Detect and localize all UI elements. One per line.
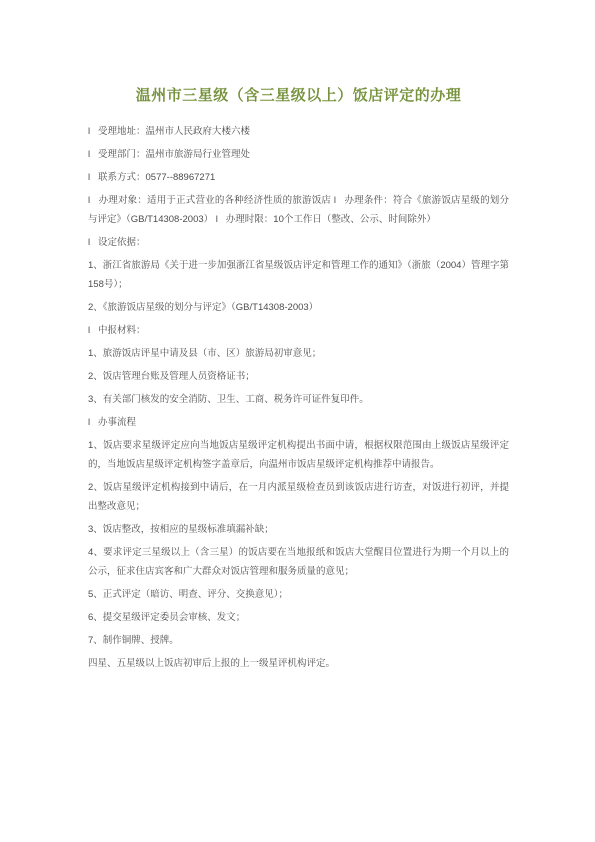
document-paragraph: 3、饭店整改，按相应的星级标准填漏补缺； [88,520,509,539]
document-paragraph: l 中报材料： [88,321,509,340]
document-paragraph: 7、制作铜牌、授牌。 [88,631,509,650]
document-paragraph: 2、饭店管理台账及管理人员资格证书； [88,367,509,386]
document-paragraph: 2、《旅游饭店星级的划分与评定》（GB/T14308-2003） [88,298,509,317]
document-paragraph: 1、饭店要求星级评定应向当地饭店星级评定机构提出书面中请，根据权限范围由上级饭店… [88,436,509,474]
document-paragraph: 1、旅游饭店评星中请及县（市、区）旅游局初审意见； [88,344,509,363]
document-title: 温州市三星级（含三星级以上）饭店评定的办理 [88,84,509,105]
document-paragraph: 6、提交星级评定委员会审核、发文； [88,608,509,627]
document-paragraph: 四星、五星级以上饭店初审后上报的上一级星评机构评定。 [88,654,509,673]
document-paragraph: l 办理对象：适用于正式营业的各种经济性质的旅游饭店 l 办理条件：符合《旅游饭… [88,191,509,229]
document-paragraph: l 受理地址：温州市人民政府大楼六楼 [88,122,509,141]
document-page: 温州市三星级（含三星级以上）饭店评定的办理 l 受理地址：温州市人民政府大楼六楼… [0,0,595,842]
document-paragraph: l 联系方式：0577--88967271 [88,168,509,187]
document-paragraph: l 设定依据： [88,233,509,252]
document-paragraph: 5、正式评定（暗访、明查、评分、交换意见）； [88,585,509,604]
document-paragraph: 3、有关部门核发的安全消防、卫生、工商、税务许可证件复印件。 [88,390,509,409]
document-paragraph: 2、饭店星级评定机构接到中请后，在一月内派星级检查员到该饭店进行访查，对饭进行初… [88,478,509,516]
document-paragraph: 1、浙江省旅游局《关于进一步加强浙江省星级饭店评定和管理工作的通知》（浙旅（20… [88,256,509,294]
document-paragraph: l 办事流程 [88,413,509,432]
document-paragraph: 4、要求评定三星级以上（含三星）的饭店要在当地报纸和饭店大堂醒目位置进行为期一个… [88,543,509,581]
document-paragraph: l 受理部门：温州市旅游局行业管理处 [88,145,509,164]
